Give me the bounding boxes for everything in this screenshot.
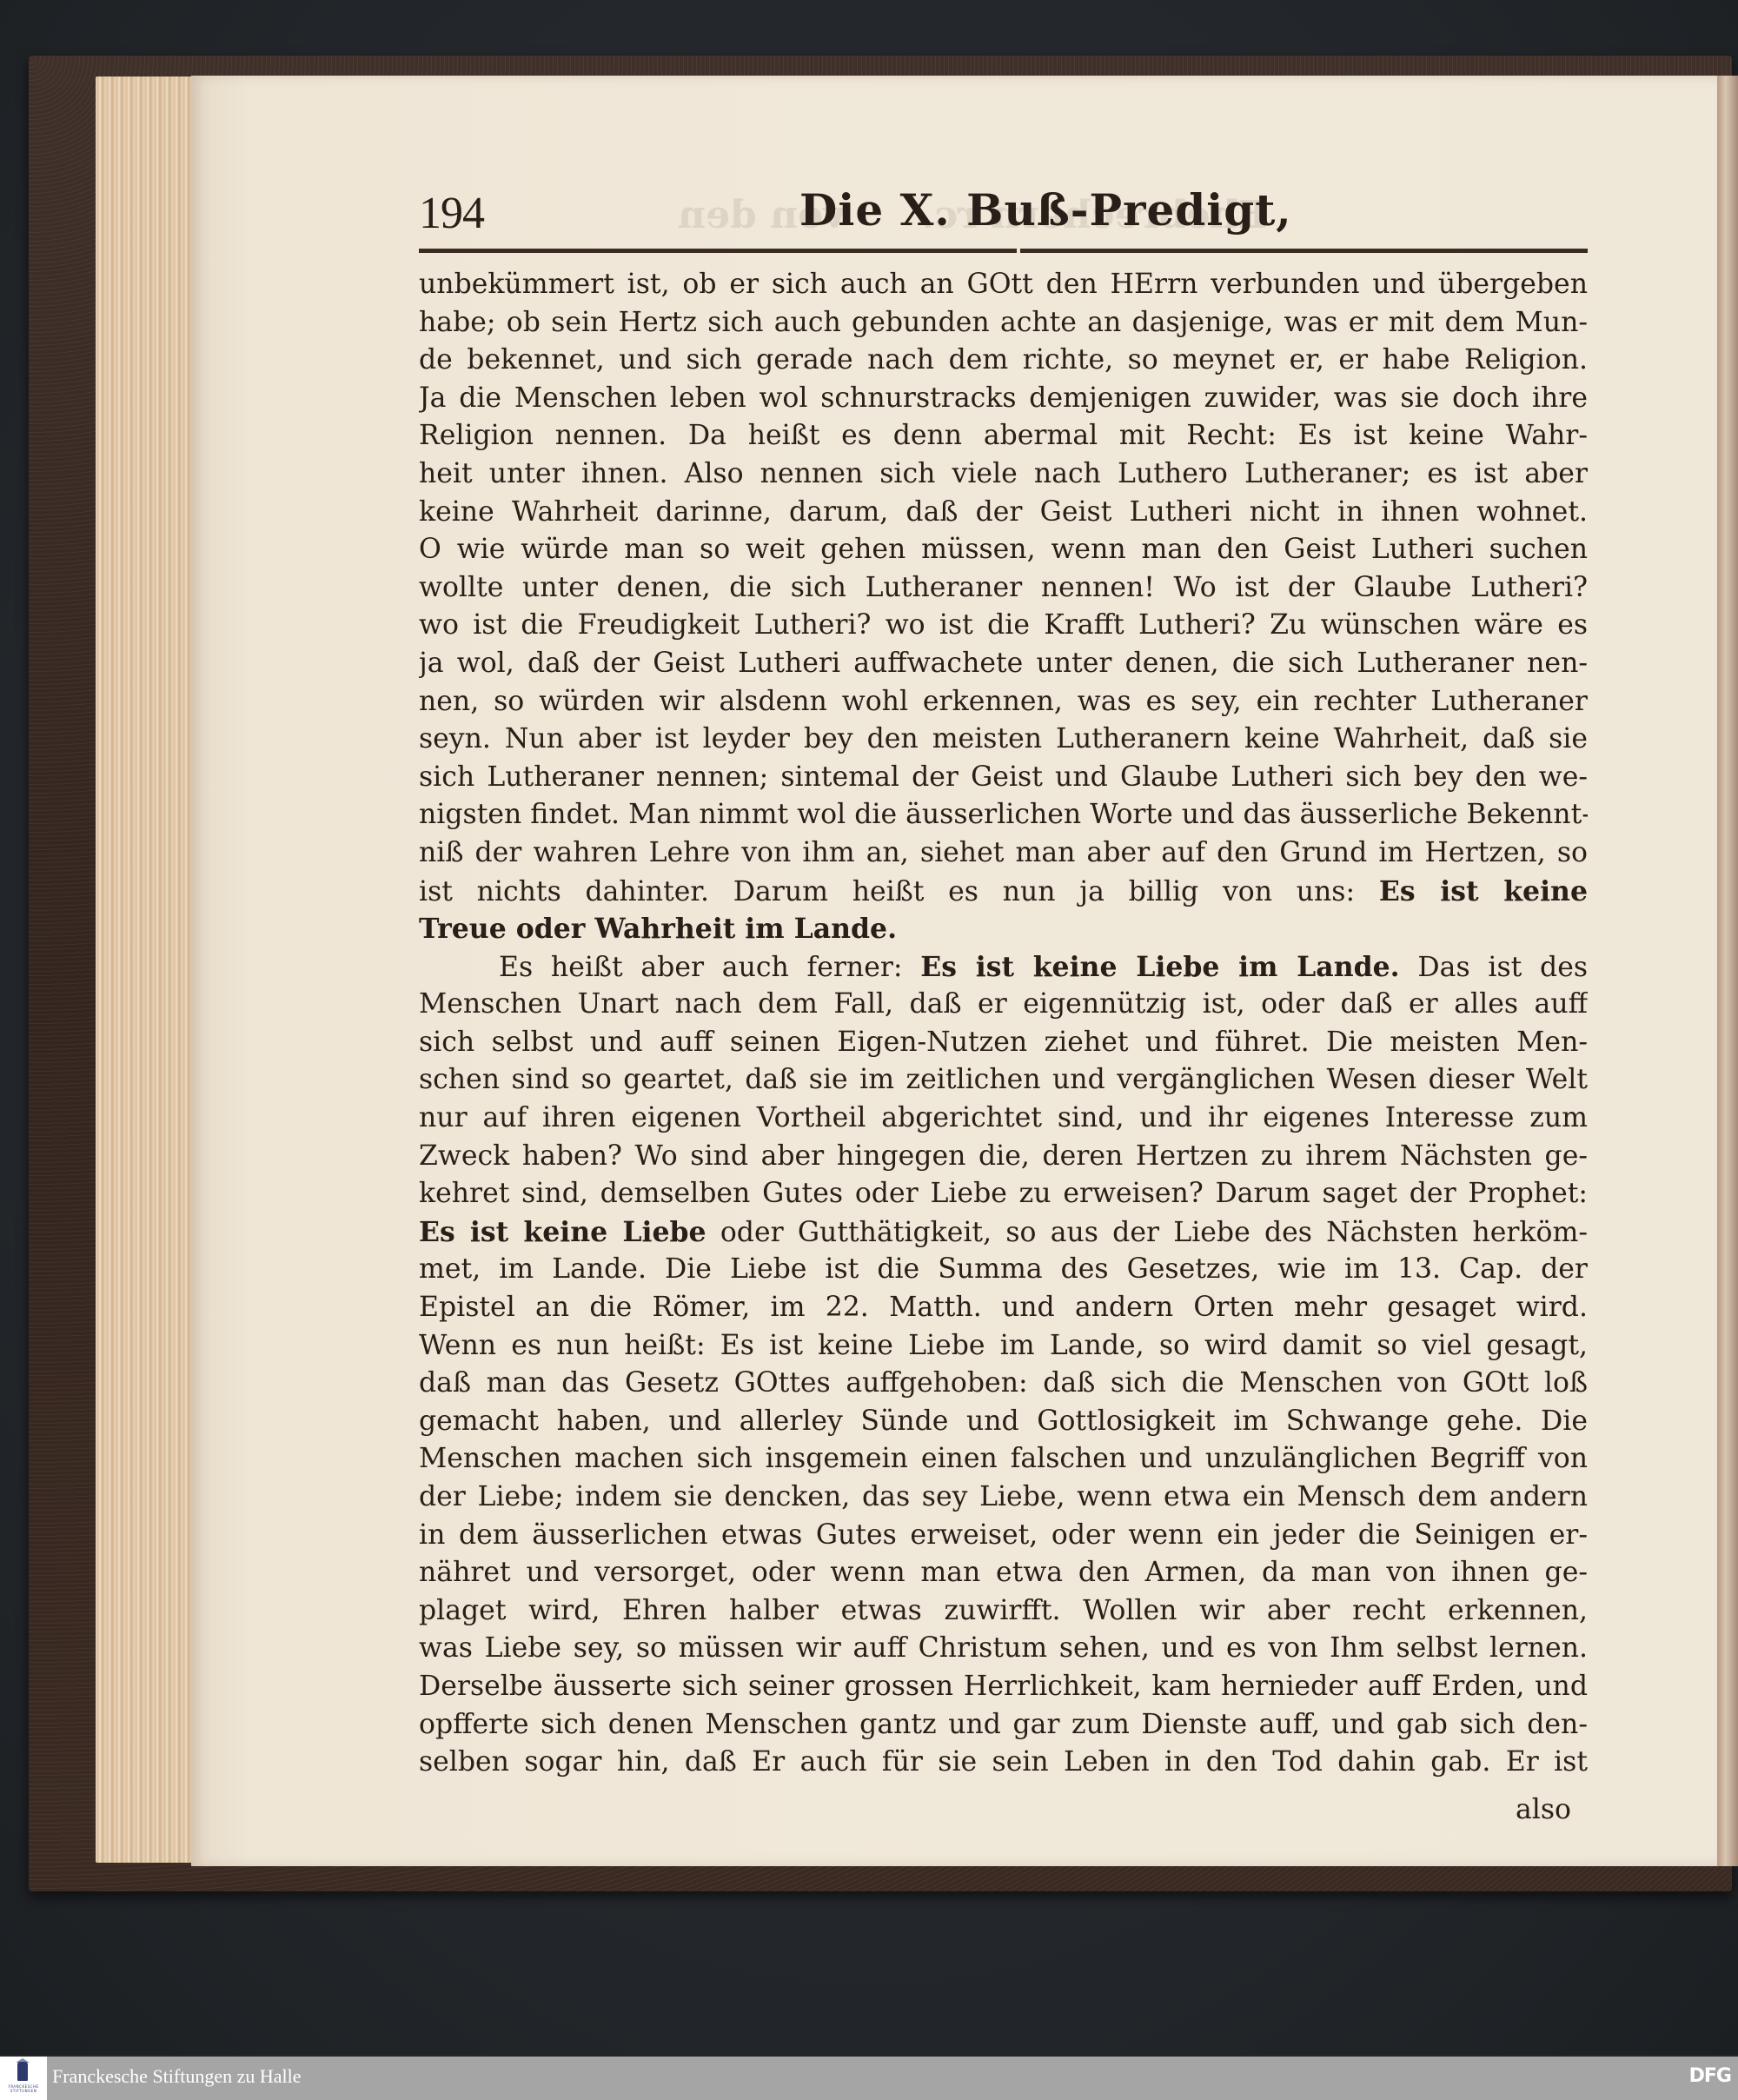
text-line: nen, so würden wir alsdenn wohl erkennen… <box>419 683 1588 721</box>
line-text: wo ist die Freudigkeit Lutheri? wo ist d… <box>419 609 1588 641</box>
line-text: heit unter ihnen. Also nennen sich viele… <box>419 458 1588 489</box>
line-text: Menschen machen sich insgemein einen fal… <box>419 1443 1588 1474</box>
line-text: oder Gutthätigkeit, so aus der Liebe des… <box>706 1217 1588 1248</box>
head-rule-left <box>419 249 1017 253</box>
page-number: 194 <box>419 188 484 239</box>
text-line: schen sind so geartet, daß sie im zeitli… <box>419 1061 1588 1100</box>
line-text: schen sind so geartet, daß sie im zeitli… <box>419 1064 1588 1095</box>
line-text: O wie würde man so weit gehen müssen, we… <box>419 534 1588 565</box>
franckesche-stiftungen-logo[interactable]: FRANCKESCHE STIFTUNGEN <box>0 2057 47 2100</box>
text-line: plaget wird, Ehren halber etwas zuwirfft… <box>419 1592 1588 1631</box>
text-line: met, im Lande. Die Liebe ist die Summa d… <box>419 1251 1588 1289</box>
line-text: was Liebe sey, so müssen wir auff Christ… <box>419 1632 1588 1664</box>
line-text: Derselbe äusserte sich seiner grossen He… <box>419 1671 1588 1702</box>
text-line: seyn. Nun aber ist leyder bey den meiste… <box>419 721 1588 759</box>
line-text: sich Lutheraner nennen; sintemal der Gei… <box>419 761 1588 793</box>
line-text: keine Wahrheit darinne, darum, daß der G… <box>419 496 1588 528</box>
emphasized-quote: Es ist keine Liebe im Lande. <box>920 951 1399 983</box>
line-text: plaget wird, Ehren halber etwas zuwirfft… <box>419 1595 1588 1626</box>
line-text: seyn. Nun aber ist leyder bey den meiste… <box>419 723 1588 754</box>
line-text: nähret und versorget, oder wenn man etwa… <box>419 1557 1588 1588</box>
line-text: Zweck haben? Wo sind aber hingegen die, … <box>419 1140 1588 1172</box>
line-text: unbekümmert ist, ob er sich auch an GOtt… <box>419 269 1588 300</box>
text-line: keine Wahrheit darinne, darum, daß der G… <box>419 494 1588 532</box>
line-text: selben sogar hin, daß Er auch für sie se… <box>419 1746 1588 1778</box>
text-line: Es heißt aber auch ferner: Es ist keine … <box>419 948 1588 987</box>
page-edges-left <box>96 76 200 1863</box>
line-text: met, im Lande. Die Liebe ist die Summa d… <box>419 1253 1588 1285</box>
line-text: Das ist des <box>1400 952 1588 983</box>
line-text: Epistel an die Römer, im 22. Matth. und … <box>419 1292 1588 1323</box>
text-line: ist nichts dahinter. Darum heißt es nun … <box>419 873 1588 911</box>
text-line: kehret sind, demselben Gutes oder Liebe … <box>419 1175 1588 1213</box>
text-line: sich Lutheraner nennen; sintemal der Gei… <box>419 759 1588 797</box>
line-text: de bekennet, und sich gerade nach dem ri… <box>419 344 1588 375</box>
text-line: selben sogar hin, daß Er auch für sie se… <box>419 1744 1588 1782</box>
text-line: nähret und versorget, oder wenn man etwa… <box>419 1554 1588 1592</box>
emphasized-quote: Es ist keine Liebe <box>419 1216 706 1248</box>
text-line: O wie würde man so weit gehen müssen, we… <box>419 531 1588 569</box>
line-text: ja wol, daß der Geist Lutheri auffwachet… <box>419 648 1588 679</box>
line-text: der Liebe; indem sie dencken, das sey Li… <box>419 1481 1588 1512</box>
line-text: wollte unter denen, die sich Lutheraner … <box>419 572 1588 603</box>
text-line: unbekümmert ist, ob er sich auch an GOtt… <box>419 266 1588 304</box>
line-text: Ja die Menschen leben wol schnurstracks … <box>419 382 1588 414</box>
running-head: 194 Die X. Buß-Predigt, <box>419 188 1588 240</box>
text-line: opfferte sich denen Menschen gantz und g… <box>419 1706 1588 1744</box>
text-line: Derselbe äusserte sich seiner grossen He… <box>419 1668 1588 1706</box>
line-text: ist nichts dahinter. Darum heißt es nun … <box>419 876 1379 907</box>
line-text: habe; ob sein Hertz sich auch gebunden a… <box>419 307 1588 338</box>
text-line: Menschen Unart nach dem Fall, daß er eig… <box>419 986 1588 1024</box>
logo-caption: FRANCKESCHE STIFTUNGEN <box>1 2084 46 2093</box>
emphasized-quote: Es ist keine <box>1379 875 1588 907</box>
line-text: nigsten findet. Man nimmt wol die äusser… <box>419 799 1588 830</box>
dfg-logo[interactable]: DFG <box>1689 2065 1731 2087</box>
head-rule-right <box>1020 249 1588 253</box>
text-line: der Liebe; indem sie dencken, das sey Li… <box>419 1479 1588 1517</box>
text-line: de bekennet, und sich gerade nach dem ri… <box>419 342 1588 380</box>
line-text: Wenn es nun heißt: Es ist keine Liebe im… <box>419 1330 1588 1361</box>
line-text: Menschen Unart nach dem Fall, daß er eig… <box>419 988 1588 1020</box>
text-line: habe; ob sein Hertz sich auch gebunden a… <box>419 304 1588 342</box>
text-line: Es ist keine Liebe oder Gutthätigkeit, s… <box>419 1213 1588 1252</box>
page-edge-right <box>1717 76 1738 1866</box>
catchword: also <box>1516 1794 1571 1825</box>
line-text: opfferte sich denen Menschen gantz und g… <box>419 1709 1588 1740</box>
line-text: daß man das Gesetz GOttes auffgehoben: d… <box>419 1367 1588 1399</box>
text-line: Zweck haben? Wo sind aber hingegen die, … <box>419 1138 1588 1176</box>
footer-organization[interactable]: Franckesche Stiftungen zu Halle <box>52 2065 302 2088</box>
text-line: Religion nennen. Da heißt es denn aberma… <box>419 417 1588 455</box>
running-title: Die X. Buß-Predigt, <box>799 184 1292 236</box>
logo-figure-icon <box>17 2062 28 2081</box>
text-line: Wenn es nun heißt: Es ist keine Liebe im… <box>419 1327 1588 1366</box>
text-line: wollte unter denen, die sich Lutheraner … <box>419 569 1588 608</box>
text-line: wo ist die Freudigkeit Lutheri? wo ist d… <box>419 607 1588 645</box>
line-text: gemacht haben, und allerley Sünde und Go… <box>419 1406 1588 1437</box>
text-line: nigsten findet. Man nimmt wol die äusser… <box>419 796 1588 834</box>
line-text: nen, so würden wir alsdenn wohl erkennen… <box>419 686 1588 717</box>
text-line: heit unter ihnen. Also nennen sich viele… <box>419 455 1588 494</box>
text-line: Ja die Menschen leben wol schnurstracks … <box>419 380 1588 418</box>
text-line: sich selbst und auff seinen Eigen-Nutzen… <box>419 1024 1588 1062</box>
text-line: Epistel an die Römer, im 22. Matth. und … <box>419 1289 1588 1327</box>
text-line: Menschen machen sich insgemein einen fal… <box>419 1440 1588 1479</box>
text-line: gemacht haben, und allerley Sünde und Go… <box>419 1403 1588 1441</box>
line-text: nur auf ihren eigenen Vortheil abgericht… <box>419 1102 1588 1133</box>
line-text: kehret sind, demselben Gutes oder Liebe … <box>419 1178 1588 1209</box>
text-line: Treue oder Wahrheit im Lande. <box>419 910 1588 948</box>
text-line: ja wol, daß der Geist Lutheri auffwachet… <box>419 645 1588 683</box>
line-text: in dem äusserlichen etwas Gutes erweiset… <box>419 1519 1588 1551</box>
body-text: unbekümmert ist, ob er sich auch an GOtt… <box>419 266 1588 1782</box>
text-line: nur auf ihren eigenen Vortheil abgericht… <box>419 1100 1588 1138</box>
footer-bar: FRANCKESCHE STIFTUNGEN Franckesche Stift… <box>0 2057 1738 2100</box>
text-line: was Liebe sey, so müssen wir auff Christ… <box>419 1630 1588 1668</box>
line-text: Es heißt aber auch ferner: <box>499 952 920 983</box>
emphasized-quote: Treue oder Wahrheit im Lande. <box>419 913 897 945</box>
text-line: niß der wahren Lehre von ihm an, siehet … <box>419 834 1588 873</box>
text-line: in dem äusserlichen etwas Gutes erweiset… <box>419 1517 1588 1555</box>
line-text: Religion nennen. Da heißt es denn aberma… <box>419 420 1588 451</box>
text-line: daß man das Gesetz GOttes auffgehoben: d… <box>419 1365 1588 1403</box>
line-text: sich selbst und auff seinen Eigen-Nutzen… <box>419 1027 1588 1058</box>
line-text: niß der wahren Lehre von ihm an, siehet … <box>419 837 1588 868</box>
